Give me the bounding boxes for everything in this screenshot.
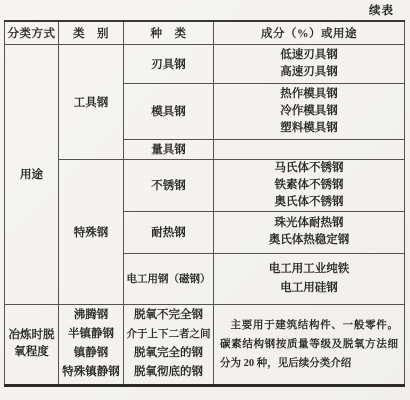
item-pearlitic-heat-resistant: 珠光体耐热钢 bbox=[214, 215, 404, 232]
header-classification-method: 分类方式 bbox=[5, 21, 59, 44]
item-incompletely-deoxidized: 脱氧不完全钢 bbox=[124, 306, 213, 325]
cell-deoxidation-usage-note: 主要用于建筑结构件、一般零件。碳素结构钢按质量等级及脱氧方法细分为 20 种，见… bbox=[214, 304, 405, 385]
cell-items-mold-steel: 热作模具钢 冷作模具钢 塑料模具钢 bbox=[214, 83, 405, 139]
item-ferritic-stainless: 铁素体不锈钢 bbox=[214, 177, 404, 194]
item-hot-work-mold-steel: 热作模具钢 bbox=[214, 86, 404, 103]
header-row: 分类方式 类 别 种 类 成分（%）或用途 bbox=[5, 21, 405, 44]
item-electrical-pure-iron: 电工用工业纯铁 bbox=[214, 260, 404, 279]
item-electrical-silicon-steel: 电工用硅钢 bbox=[214, 279, 404, 298]
item-between-upper-lower: 介于上下二者之间 bbox=[124, 325, 213, 344]
cell-items-electrical: 电工用工业纯铁 电工用硅钢 bbox=[214, 253, 405, 304]
cell-kind-mold-steel: 模具钢 bbox=[124, 83, 214, 139]
cell-classification-deoxidation: 冶炼时脱氧程度 bbox=[5, 304, 59, 385]
item-special-killed-steel: 特殊镇静钢 bbox=[59, 363, 123, 382]
row-cutting-tool-steel: 用途 工具钢 刃具钢 低速刃具钢 高速刃具钢 bbox=[5, 44, 405, 83]
item-cold-work-mold-steel: 冷作模具钢 bbox=[214, 103, 404, 120]
cell-classification-usage: 用途 bbox=[5, 44, 59, 304]
cell-kind-heat-resistant-steel: 耐热钢 bbox=[124, 211, 214, 253]
item-killed-steel: 镇静钢 bbox=[59, 344, 123, 363]
deoxidation-usage-note-text: 主要用于建筑结构件、一般零件。碳素结构钢按质量等级及脱氧方法细分为 20 种，见… bbox=[220, 316, 398, 373]
item-low-speed-cutting-steel: 低速刃具钢 bbox=[214, 47, 404, 64]
row-stainless-steel: 特殊钢 不锈钢 马氏体不锈钢 铁素体不锈钢 奥氏体不锈钢 bbox=[5, 159, 405, 211]
item-thoroughly-deoxidized: 脱氧彻底的钢 bbox=[124, 363, 213, 382]
item-rimmed-steel: 沸腾钢 bbox=[59, 306, 123, 325]
item-austenitic-stainless: 奥氏体不锈钢 bbox=[214, 194, 404, 211]
item-plastic-mold-steel: 塑料模具钢 bbox=[214, 120, 404, 137]
header-category: 类 别 bbox=[59, 21, 124, 44]
item-austenitic-heat-stable: 奥氏体热稳定钢 bbox=[214, 232, 404, 249]
cell-items-stainless: 马氏体不锈钢 铁素体不锈钢 奥氏体不锈钢 bbox=[214, 159, 405, 211]
cell-kind-electrical-steel: 电工用钢（磁钢） bbox=[124, 253, 214, 304]
scanned-document-page: 续表 分类方式 类 别 种 类 成分（%）或用途 用途 工具钢 刃具钢 低速刃具… bbox=[0, 0, 410, 400]
cell-kind-gauge-steel: 量具钢 bbox=[124, 139, 214, 159]
row-deoxidation-degree: 冶炼时脱氧程度 沸腾钢 半镇静钢 镇静钢 特殊镇静钢 脱氧不完全钢 介于上下二者… bbox=[5, 304, 405, 385]
header-composition-or-usage: 成分（%）或用途 bbox=[214, 21, 405, 44]
cell-category-special-steel: 特殊钢 bbox=[59, 159, 124, 304]
cell-kind-stainless-steel: 不锈钢 bbox=[124, 159, 214, 211]
item-martensitic-stainless: 马氏体不锈钢 bbox=[214, 160, 404, 177]
continued-table-label: 续表 bbox=[369, 2, 394, 18]
item-high-speed-cutting-steel: 高速刃具钢 bbox=[214, 64, 404, 81]
item-fully-deoxidized: 脱氧完全的钢 bbox=[124, 344, 213, 363]
cell-deoxidation-categories: 沸腾钢 半镇静钢 镇静钢 特殊镇静钢 bbox=[59, 304, 124, 385]
cell-items-gauge-steel-empty bbox=[214, 139, 405, 159]
cell-deoxidation-kinds: 脱氧不完全钢 介于上下二者之间 脱氧完全的钢 脱氧彻底的钢 bbox=[124, 304, 214, 385]
cell-items-heat-resistant: 珠光体耐热钢 奥氏体热稳定钢 bbox=[214, 211, 405, 253]
header-kind: 种 类 bbox=[124, 21, 214, 44]
cell-items-cutting-tool: 低速刃具钢 高速刃具钢 bbox=[214, 44, 405, 83]
steel-classification-table: 分类方式 类 别 种 类 成分（%）或用途 用途 工具钢 刃具钢 低速刃具钢 高… bbox=[4, 20, 405, 387]
cell-category-tool-steel: 工具钢 bbox=[59, 44, 124, 159]
item-semi-killed-steel: 半镇静钢 bbox=[59, 325, 123, 344]
cell-kind-cutting-tool-steel: 刃具钢 bbox=[124, 44, 214, 83]
